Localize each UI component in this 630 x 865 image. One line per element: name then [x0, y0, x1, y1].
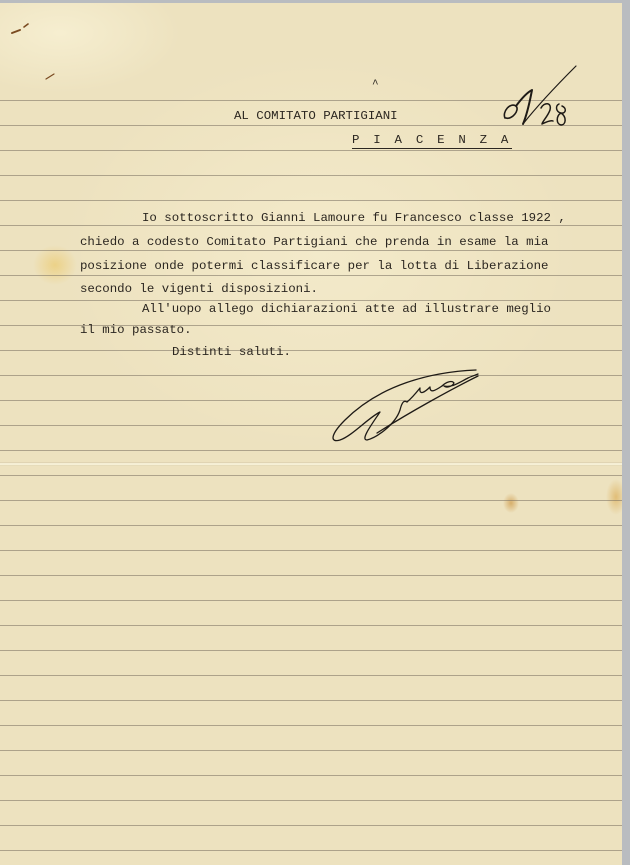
body-line-6: il mio passato. — [80, 323, 192, 337]
paper-fold-crease — [0, 462, 622, 466]
body-line-1: Io sottoscritto Gianni Lamoure fu France… — [142, 211, 566, 225]
closing-salutation: Distinti saluti. — [172, 345, 291, 359]
body-line-4: secondo le vigenti disposizioni. — [80, 282, 318, 296]
addressee-city: P I A C E N Z A — [352, 133, 512, 149]
body-line-2: chiedo a codesto Comitato Partigiani che… — [80, 235, 548, 249]
letter-paper: ^ AL COMITATO PARTIGIANI P I A C E N Z A… — [0, 3, 622, 865]
caret-mark: ^ — [372, 78, 379, 92]
body-line-3: posizione onde potermi classificare per … — [80, 259, 548, 273]
body-line-5: All'uopo allego dichiarazioni atte ad il… — [142, 302, 551, 316]
addressee-line-1: AL COMITATO PARTIGIANI — [234, 109, 398, 123]
